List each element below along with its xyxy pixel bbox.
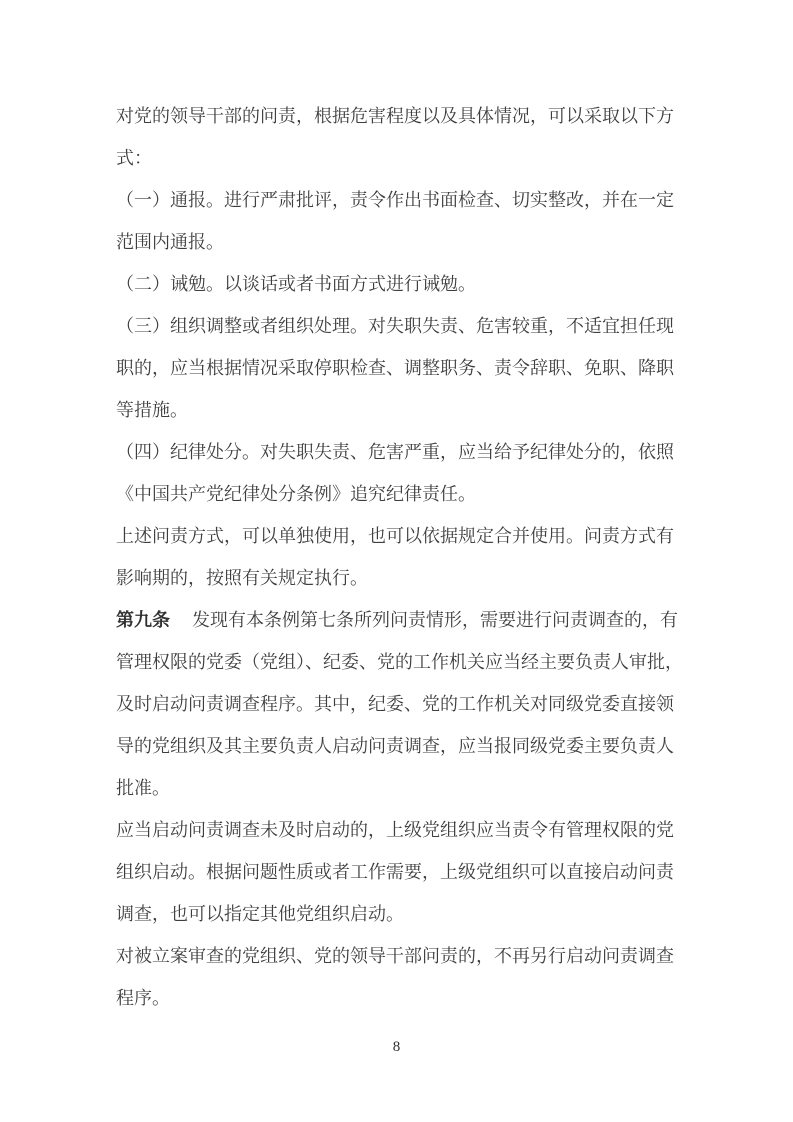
- paragraph: 第九条发现有本条例第七条所列问责情形，需要进行问责调查的，有管理权限的党委（党组…: [116, 599, 696, 809]
- text-line: 《中国共产党纪律处分条例》追究纪律责任。: [116, 473, 696, 515]
- text-line: （四）纪律处分。对失职失责、危害严重，应当给予纪律处分的，依照: [116, 431, 696, 473]
- text-line: 对被立案审查的党组织、党的领导干部问责的，不再另行启动问责调查: [116, 935, 696, 977]
- paragraph: 上述问责方式，可以单独使用，也可以依据规定合并使用。问责方式有影响期的，按照有关…: [116, 515, 696, 599]
- line-text: 批准。: [116, 778, 170, 798]
- paragraph: （二）诫勉。以谈话或者书面方式进行诫勉。: [116, 263, 696, 305]
- line-text: 导的党组织及其主要负责人启动问责调查，应当报同级党委主要负责人: [116, 736, 674, 756]
- paragraph: （四）纪律处分。对失职失责、危害严重，应当给予纪律处分的，依照《中国共产党纪律处…: [116, 431, 696, 515]
- text-line: 组织启动。根据问题性质或者工作需要，上级党组织可以直接启动问责: [116, 851, 696, 893]
- line-text: （一）通报。进行严肃批评，责令作出书面检查、切实整改，并在一定: [116, 190, 674, 210]
- line-text: 《中国共产党纪律处分条例》追究纪律责任。: [116, 484, 476, 504]
- text-line: （三）组织调整或者组织处理。对失职失责、危害较重，不适宜担任现: [116, 305, 696, 347]
- paragraph: （三）组织调整或者组织处理。对失职失责、危害较重，不适宜担任现职的，应当根据情况…: [116, 305, 696, 431]
- text-line: 第九条发现有本条例第七条所列问责情形，需要进行问责调查的，有: [116, 599, 696, 641]
- line-text: 组织启动。根据问题性质或者工作需要，上级党组织可以直接启动问责: [116, 862, 674, 882]
- line-text: （三）组织调整或者组织处理。对失职失责、危害较重，不适宜担任现: [116, 316, 674, 336]
- line-text: 对被立案审查的党组织、党的领导干部问责的，不再另行启动问责调查: [116, 946, 674, 966]
- document-body: 对党的领导干部的问责，根据危害程度以及具体情况，可以采取以下方式：（一）通报。进…: [116, 95, 696, 1019]
- text-line: 调查，也可以指定其他党组织启动。: [116, 893, 696, 935]
- text-line: 程序。: [116, 977, 696, 1019]
- text-line: 导的党组织及其主要负责人启动问责调查，应当报同级党委主要负责人: [116, 725, 696, 767]
- page-number: 8: [393, 1039, 401, 1055]
- line-text: 管理权限的党委（党组）、纪委、党的工作机关应当经主要负责人审批，: [116, 652, 683, 672]
- line-text: （二）诫勉。以谈话或者书面方式进行诫勉。: [116, 274, 476, 294]
- line-text: 范围内通报。: [116, 232, 224, 252]
- line-text: 及时启动问责调查程序。其中，纪委、党的工作机关对同级党委直接领: [116, 694, 674, 714]
- text-line: 影响期的，按照有关规定执行。: [116, 557, 696, 599]
- paragraph: 对党的领导干部的问责，根据危害程度以及具体情况，可以采取以下方式：: [116, 95, 696, 179]
- line-text: 发现有本条例第七条所列问责情形，需要进行问责调查的，有: [192, 610, 678, 630]
- text-line: 对党的领导干部的问责，根据危害程度以及具体情况，可以采取以下方: [116, 95, 696, 137]
- text-line: 管理权限的党委（党组）、纪委、党的工作机关应当经主要负责人审批，: [116, 641, 696, 683]
- text-line: 等措施。: [116, 389, 696, 431]
- text-line: 范围内通报。: [116, 221, 696, 263]
- text-line: （二）诫勉。以谈话或者书面方式进行诫勉。: [116, 263, 696, 305]
- text-line: 批准。: [116, 767, 696, 809]
- text-line: 职的，应当根据情况采取停职检查、调整职务、责令辞职、免职、降职: [116, 347, 696, 389]
- line-text: 式：: [116, 148, 152, 168]
- text-line: 应当启动问责调查未及时启动的，上级党组织应当责令有管理权限的党: [116, 809, 696, 851]
- article-number: 第九条: [116, 610, 170, 630]
- line-text: 对党的领导干部的问责，根据危害程度以及具体情况，可以采取以下方: [116, 106, 674, 126]
- line-text: 上述问责方式，可以单独使用，也可以依据规定合并使用。问责方式有: [116, 526, 674, 546]
- paragraph: 应当启动问责调查未及时启动的，上级党组织应当责令有管理权限的党组织启动。根据问题…: [116, 809, 696, 935]
- page-footer: 8: [0, 1038, 793, 1056]
- paragraph: （一）通报。进行严肃批评，责令作出书面检查、切实整改，并在一定范围内通报。: [116, 179, 696, 263]
- text-line: （一）通报。进行严肃批评，责令作出书面检查、切实整改，并在一定: [116, 179, 696, 221]
- text-line: 式：: [116, 137, 696, 179]
- line-text: 等措施。: [116, 400, 188, 420]
- line-text: 程序。: [116, 988, 170, 1008]
- line-text: 职的，应当根据情况采取停职检查、调整职务、责令辞职、免职、降职: [116, 358, 674, 378]
- line-text: （四）纪律处分。对失职失责、危害严重，应当给予纪律处分的，依照: [116, 442, 674, 462]
- line-text: 应当启动问责调查未及时启动的，上级党组织应当责令有管理权限的党: [116, 820, 674, 840]
- text-line: 及时启动问责调查程序。其中，纪委、党的工作机关对同级党委直接领: [116, 683, 696, 725]
- paragraph: 对被立案审查的党组织、党的领导干部问责的，不再另行启动问责调查程序。: [116, 935, 696, 1019]
- document-page: 对党的领导干部的问责，根据危害程度以及具体情况，可以采取以下方式：（一）通报。进…: [0, 0, 793, 1122]
- line-text: 调查，也可以指定其他党组织启动。: [116, 904, 404, 924]
- line-text: 影响期的，按照有关规定执行。: [116, 568, 368, 588]
- text-line: 上述问责方式，可以单独使用，也可以依据规定合并使用。问责方式有: [116, 515, 696, 557]
